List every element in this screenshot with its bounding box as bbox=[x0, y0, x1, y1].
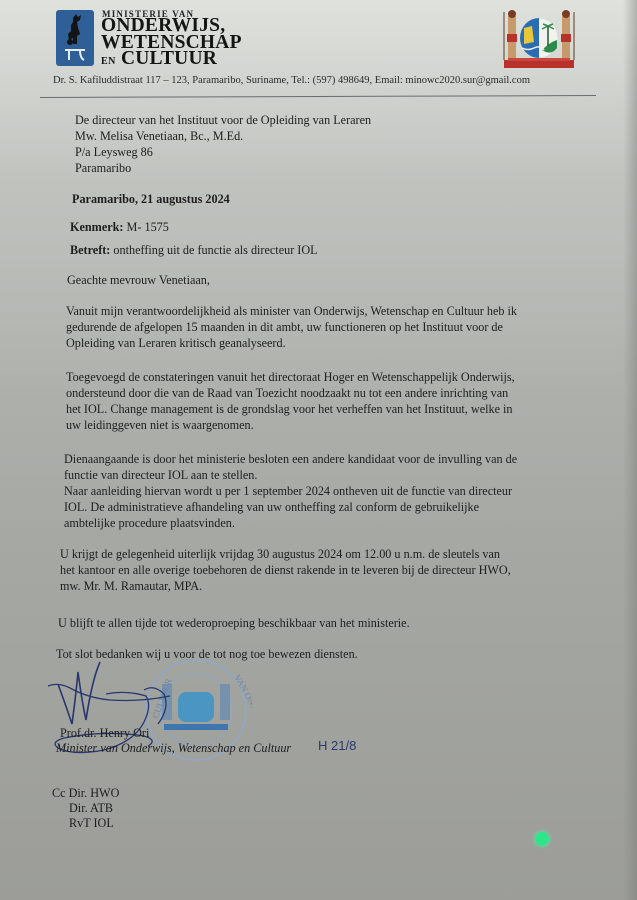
paragraph-line: ondersteund door die van de Raad van Toe… bbox=[66, 385, 594, 401]
paragraph-5: U blijft te allen tijde tot wederoproepi… bbox=[58, 615, 410, 631]
reference-label: Kenmerk: bbox=[70, 220, 123, 234]
ministry-name-line3: CULTUUR bbox=[121, 48, 217, 69]
cc-recipient: Dir. ATB bbox=[69, 800, 113, 816]
cc-line-1: Cc Dir. HWO bbox=[52, 785, 119, 801]
paragraph-4: U krijgt de gelegenheid uiterlijk vrijda… bbox=[60, 546, 588, 594]
subject-line: Betreft: ontheffing uit de functie als d… bbox=[70, 242, 318, 258]
cc-recipient: RvT IOL bbox=[69, 815, 114, 831]
paragraph-line: U krijgt de gelegenheid uiterlijk vrijda… bbox=[60, 546, 588, 562]
paragraph-line: IOL. De administratieve afhandeling van … bbox=[64, 499, 592, 515]
ministry-name: ONDERWIJS, WETENSCHAP EN CULTUUR bbox=[101, 18, 242, 71]
paragraph-line: Toegevoegd de constateringen vanuit het … bbox=[66, 369, 594, 385]
recipient-line-1: De directeur van het Instituut voor de O… bbox=[75, 112, 371, 128]
paragraph-line: het kantoor en alle overige toebehoren d… bbox=[60, 562, 588, 578]
letter-date: Paramaribo, 21 augustus 2024 bbox=[72, 191, 230, 207]
paragraph-line: Opleiding van Leraren kritisch geanalyse… bbox=[66, 335, 594, 351]
ministry-name-line3-wrap: EN CULTUUR bbox=[101, 51, 242, 71]
paragraph-2: Toegevoegd de constateringen vanuit het … bbox=[66, 369, 594, 433]
paragraph-line: gedurende de afgelopen 15 maanden in dit… bbox=[66, 319, 594, 335]
paragraph-line: Dienaangaande is door het ministerie bes… bbox=[64, 451, 592, 467]
paragraph-line: ambtelijke procedure plaatsvinden. bbox=[64, 515, 592, 531]
cc-recipient: Dir. HWO bbox=[69, 786, 120, 800]
reference-value: M- 1575 bbox=[127, 220, 169, 234]
letterhead-address: Dr. S. Kafiluddistraat 117 – 123, Parama… bbox=[53, 75, 593, 86]
paragraph-1: Vanuit mijn verantwoordelijkheid als min… bbox=[66, 303, 594, 351]
paragraph-line: uw leidinggeven niet is waargenomen. bbox=[66, 417, 594, 433]
paragraph-line: functie van directeur IOL aan te stellen… bbox=[64, 467, 592, 483]
signatory-title: Minister van Onderwijs, Wetenschap en Cu… bbox=[56, 740, 291, 756]
paragraph-line: Naar aanleiding hiervan wordt u per 1 se… bbox=[64, 483, 592, 499]
suriname-coat-of-arms-icon bbox=[498, 8, 580, 70]
cc-label: Cc bbox=[52, 786, 66, 800]
salutation: Geachte mevrouw Venetiaan, bbox=[67, 272, 210, 288]
recipient-line-3: P/a Leysweg 86 bbox=[75, 144, 153, 160]
ministry-name-en: EN bbox=[101, 56, 116, 67]
paragraph-line: Vanuit mijn verantwoordelijkheid als min… bbox=[66, 303, 594, 319]
subject-label: Betreft: bbox=[70, 243, 110, 257]
recipient-line-4: Paramaribo bbox=[75, 160, 131, 176]
recipient-line-2: Mw. Melisa Venetiaan, Bc., M.Ed. bbox=[75, 128, 243, 144]
paper-edge-shadow bbox=[623, 0, 637, 900]
signatory-name: Prof.dr. Henry Ori bbox=[60, 725, 149, 741]
reference-line: Kenmerk: M- 1575 bbox=[70, 219, 169, 235]
subject-value: ontheffing uit de functie als directeur … bbox=[113, 243, 317, 257]
paragraph-3: Dienaangaande is door het ministerie bes… bbox=[64, 451, 592, 531]
paragraph-line: mw. Mr. M. Ramautar, MPA. bbox=[60, 578, 588, 594]
handwritten-initials: H 21/8 bbox=[318, 738, 356, 754]
ministry-emblem-icon bbox=[56, 10, 94, 66]
green-indicator-dot bbox=[535, 832, 549, 846]
paragraph-line: het IOL. Change management is de grondsl… bbox=[66, 401, 594, 417]
